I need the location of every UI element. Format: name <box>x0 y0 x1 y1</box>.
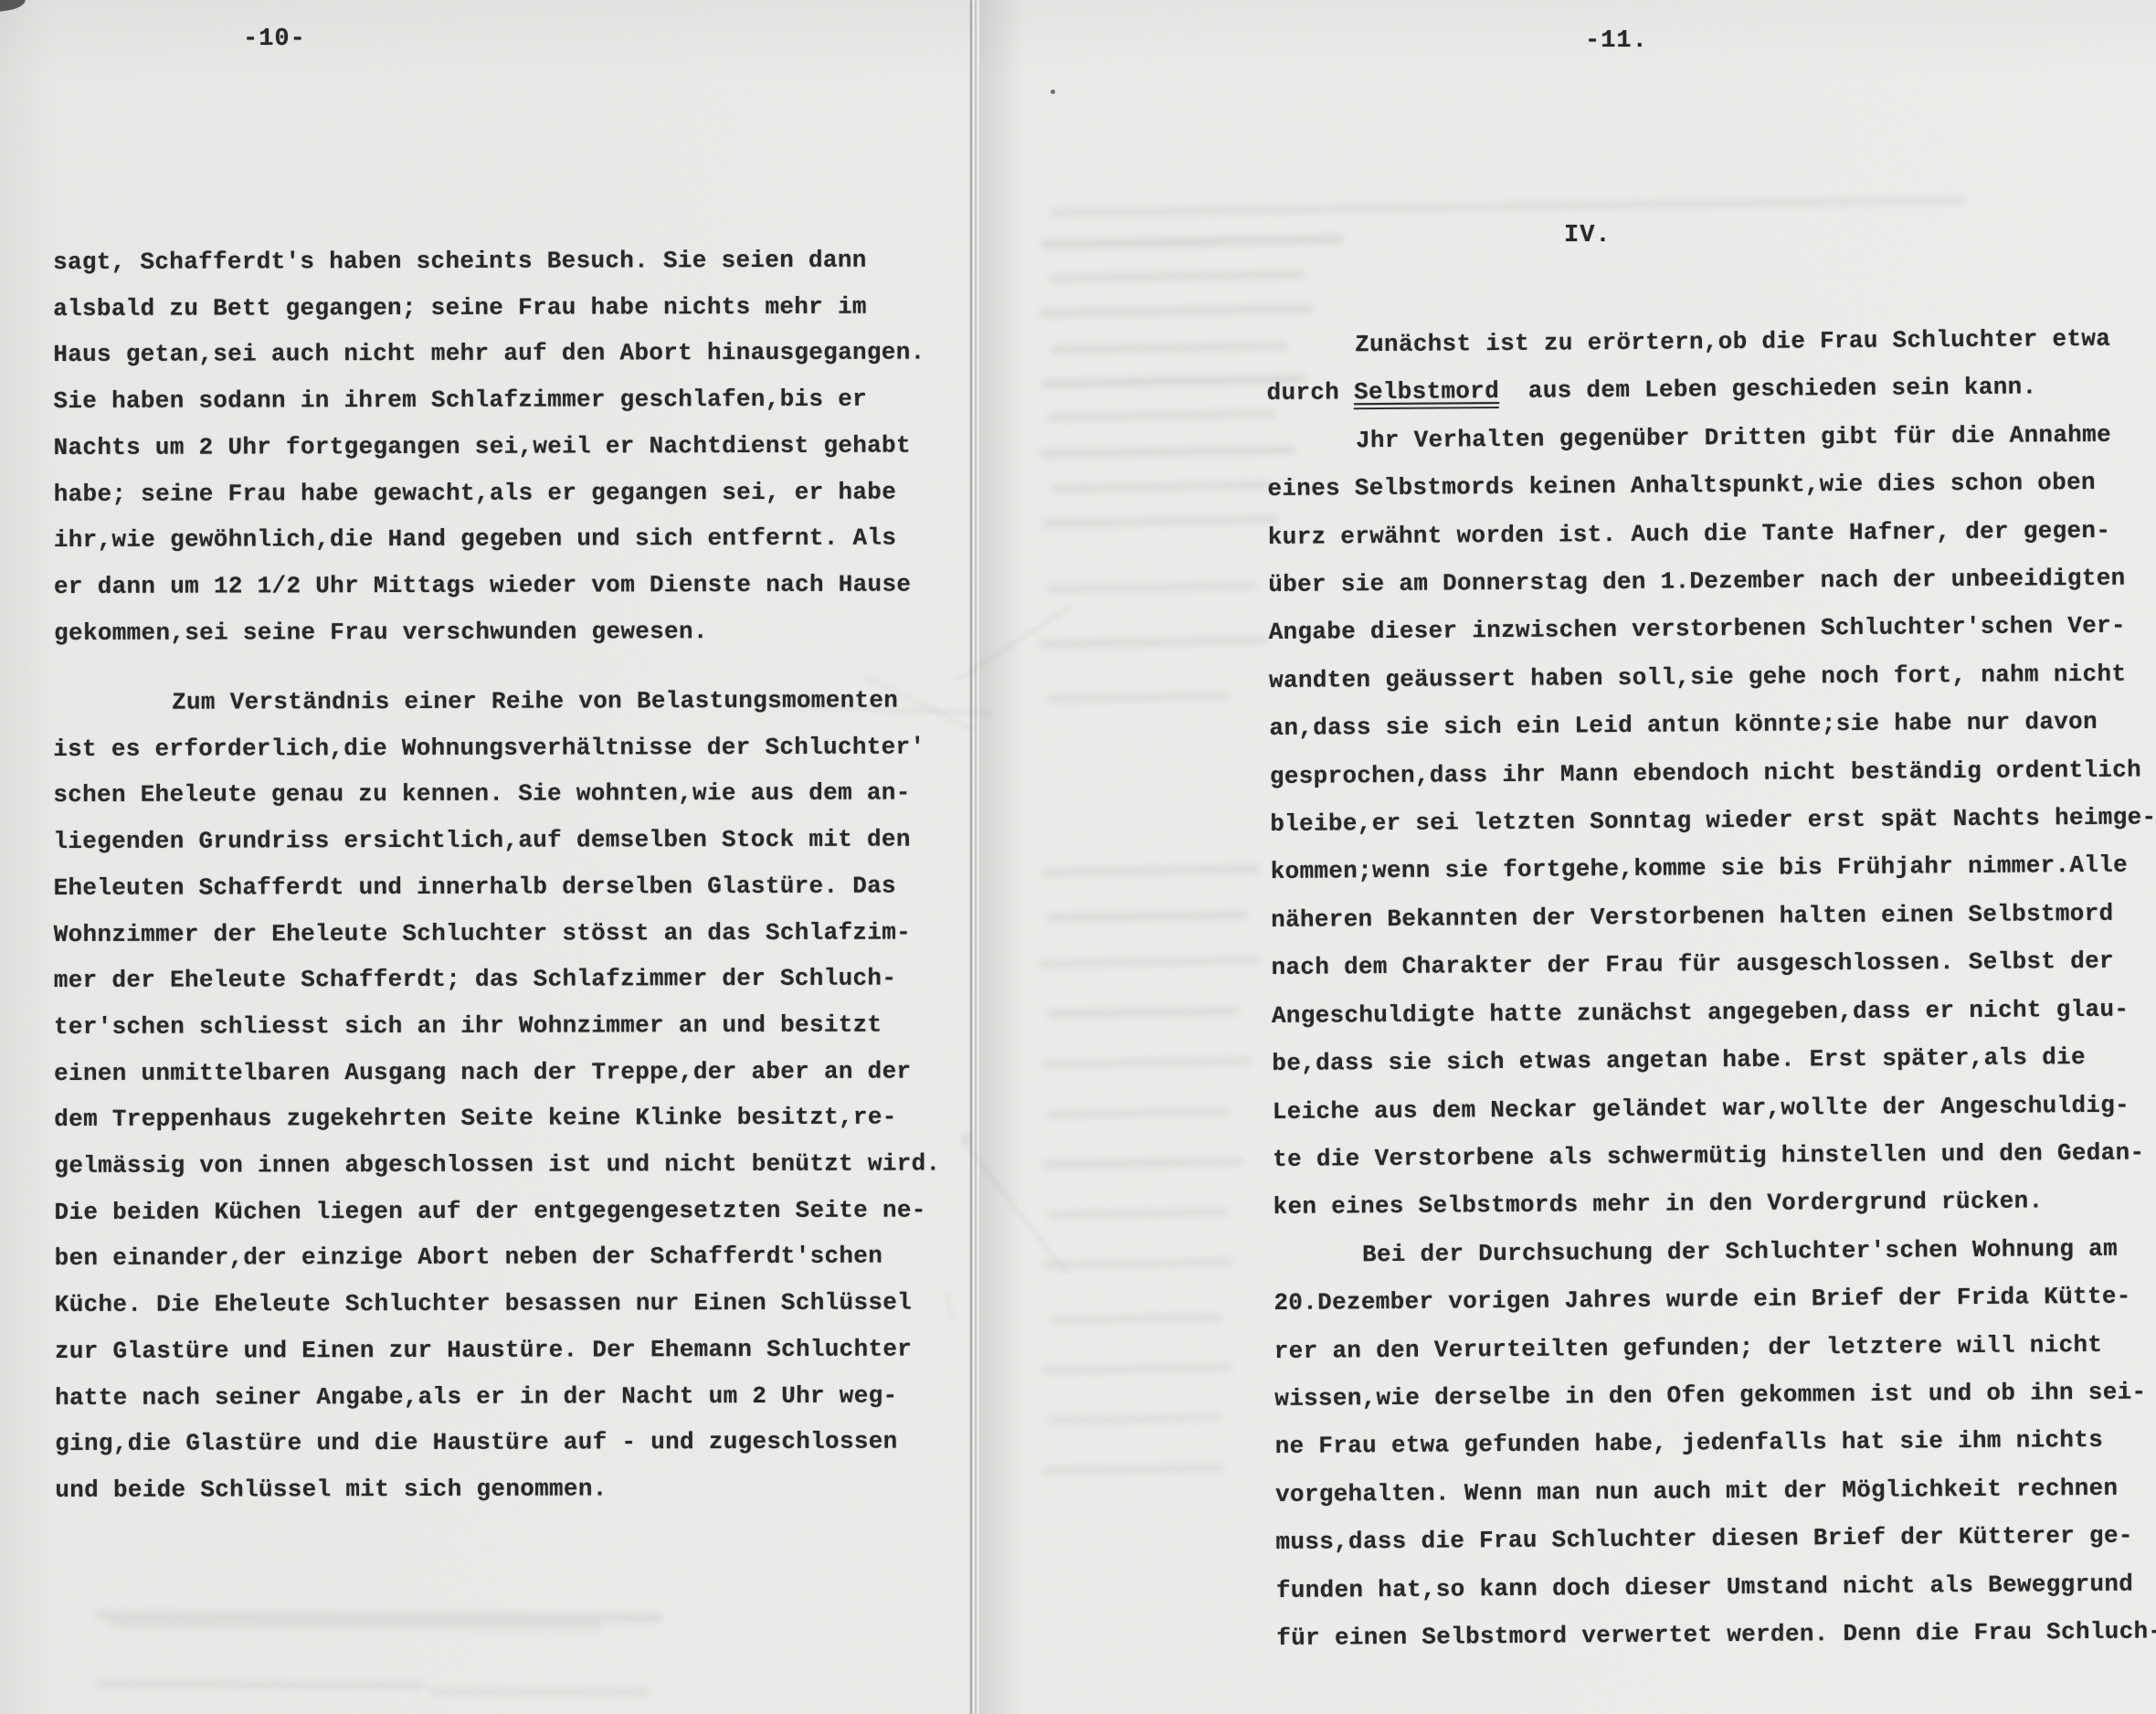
page-number-left: -10- <box>243 26 306 53</box>
text-line: Angabe dieser inzwischen verstorbenen Sc… <box>1268 602 2150 657</box>
text-line: Bei der Durchsuchung der Schluchter'sche… <box>1274 1224 2155 1279</box>
text-line: Leiche aus dem Neckar geländet war,wollt… <box>1273 1081 2154 1136</box>
text-line: kommen;wenn sie fortgehe,komme sie bis F… <box>1271 841 2152 896</box>
text-line: über sie am Donnerstag den 1.Dezember na… <box>1268 554 2150 608</box>
text-line: ter'schen schliesst sich an ihr Wohnzimm… <box>54 1001 949 1050</box>
text-line: be,dass sie sich etwas angetan habe. Ers… <box>1272 1032 2153 1087</box>
text-line: vorgehalten. Wenn man nun auch mit der M… <box>1275 1464 2156 1518</box>
text-line: ne Frau etwa gefunden habe, jedenfalls h… <box>1274 1416 2156 1471</box>
text-line: gekommen,sei seine Frau verschwunden gew… <box>54 608 949 656</box>
section-heading: IV. <box>1564 222 1612 249</box>
right-paragraphs: Zunächst ist zu erörtern,ob die Frau Sch… <box>1266 314 2156 1662</box>
text-line: wandten geäussert haben soll,sie gehe no… <box>1269 650 2151 704</box>
text-line: einen unmittelbaren Ausgang nach der Tre… <box>54 1048 949 1096</box>
text-line: bleibe,er sei letzten Sonntag wieder ers… <box>1270 793 2151 848</box>
text-line: muss,dass die Frau Schluchter diesen Bri… <box>1275 1512 2156 1567</box>
text-line: ben einander,der einzige Abort neben der… <box>55 1233 950 1282</box>
text-line: kurz erwähnt worden ist. Auch die Tante … <box>1268 506 2150 561</box>
left-paragraph-2: Zum Verständnis einer Reihe von Belastun… <box>53 677 950 1513</box>
text-line: ken eines Selbstmords mehr in den Vorder… <box>1273 1177 2154 1232</box>
text-line: rer an den Verurteilten gefunden; der le… <box>1274 1320 2156 1375</box>
text-line: Nachts um 2 Uhr fortgegangen sei,weil er… <box>54 422 949 471</box>
text-line: näheren Bekannten der Verstorbenen halte… <box>1271 889 2152 944</box>
text-line: Wohnzimmer der Eheleute Schluchter stöss… <box>54 909 949 958</box>
page-number-right: -11. <box>1585 27 1648 55</box>
text-line: gelmässig von innen abgeschlossen ist un… <box>54 1140 949 1189</box>
text-line: für einen Selbstmord verwertet werden. D… <box>1276 1607 2156 1662</box>
text-line: hatte nach seiner Angabe,als er in der N… <box>55 1372 950 1421</box>
text-line: te die Verstorbene als schwermütig hinst… <box>1273 1128 2154 1183</box>
text-line: Haus getan,sei auch nicht mehr auf den A… <box>53 330 948 378</box>
text-line: wissen,wie derselbe in den Ofen gekommen… <box>1274 1368 2156 1423</box>
text-line: Angeschuldigte hatte zunächst angegeben,… <box>1272 985 2153 1040</box>
text-line: durch Selbstmord aus dem Leben geschiede… <box>1266 363 2148 418</box>
text-fragment: aus dem Leben geschieden sein kann. <box>1499 374 2037 406</box>
text-line: ging,die Glastüre und die Haustüre auf -… <box>55 1419 950 1467</box>
left-paragraph-1: sagt, Schafferdt's haben scheints Besuch… <box>53 237 949 656</box>
text-line: Jhr Verhalten gegenüber Dritten gibt für… <box>1267 410 2149 465</box>
text-line: an,dass sie sich ein Leid antun könnte;s… <box>1269 698 2151 753</box>
text-line: dem Treppenhaus zugekehrten Seite keine … <box>54 1095 949 1143</box>
bleed-through-line <box>96 1679 425 1690</box>
text-line: Die beiden Küchen liegen auf der entgege… <box>54 1187 949 1235</box>
scanned-typewritten-document: -10- sagt, Schafferdt's haben scheints B… <box>0 0 2156 1714</box>
text-line: nach dem Charakter der Frau für ausgesch… <box>1271 937 2152 992</box>
text-line: Sie haben sodann in ihrem Schlafzimmer g… <box>53 376 948 425</box>
text-line: er dann um 12 1/2 Uhr Mittags wieder vom… <box>54 561 949 609</box>
text-line: eines Selbstmords keinen Anhaltspunkt,wi… <box>1267 459 2149 513</box>
text-fragment: durch <box>1266 379 1354 407</box>
text-line: ist es erforderlich,die Wohnungsverhältn… <box>53 724 948 772</box>
seam-shadow <box>979 0 1021 1714</box>
text-line: liegenden Grundriss ersichtlich,auf dems… <box>53 817 948 865</box>
text-line: mer der Eheleute Schafferdt; das Schlafz… <box>54 956 949 1004</box>
text-line: Zum Verständnis einer Reihe von Belastun… <box>53 677 948 725</box>
text-line: ihr,wie gewöhnlich,die Hand gegeben und … <box>54 515 949 564</box>
underlined-word: Selbstmord <box>1354 379 1499 409</box>
text-line: schen Eheleute genau zu kennen. Sie wohn… <box>53 770 948 819</box>
bleed-through-line <box>429 1687 649 1697</box>
text-line: gesprochen,dass ihr Mann ebendoch nicht … <box>1270 746 2151 800</box>
text-line: Eheleuten Schafferdt und innerhalb derse… <box>54 862 949 911</box>
text-line: alsbald zu Bett gegangen; seine Frau hab… <box>53 283 948 332</box>
text-line: und beide Schlüssel mit sich genommen. <box>55 1465 950 1513</box>
text-line: 20.Dezember vorigen Jahres wurde ein Bri… <box>1274 1273 2155 1328</box>
text-line: habe; seine Frau habe gewacht,als er geg… <box>54 469 949 517</box>
text-line: zur Glastüre und Einen zur Haustüre. Der… <box>55 1326 950 1374</box>
text-line: Küche. Die Eheleute Schluchter besassen … <box>55 1280 950 1328</box>
ink-speck <box>1051 90 1055 94</box>
text-line: sagt, Schafferdt's haben scheints Besuch… <box>53 237 948 285</box>
text-line: Zunächst ist zu erörtern,ob die Frau Sch… <box>1266 314 2148 369</box>
text-line: funden hat,so kann doch dieser Umstand n… <box>1276 1560 2156 1614</box>
